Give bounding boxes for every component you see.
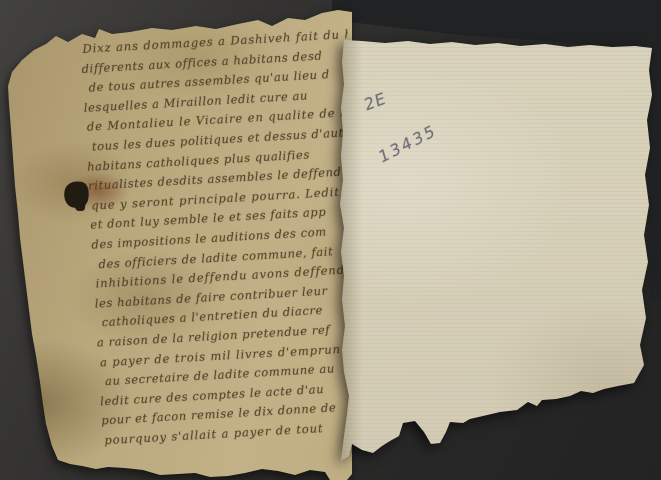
pencil-annotation-number: 13435 — [377, 120, 439, 167]
pencil-annotation-series: 2E — [363, 88, 388, 114]
right-blank-page: 2E 13435 — [0, 0, 661, 480]
right-page-shadow: 2E 13435 — [0, 0, 661, 480]
archival-scan: Dixz ans dommages a Dashiveh fait du hab… — [0, 0, 661, 480]
